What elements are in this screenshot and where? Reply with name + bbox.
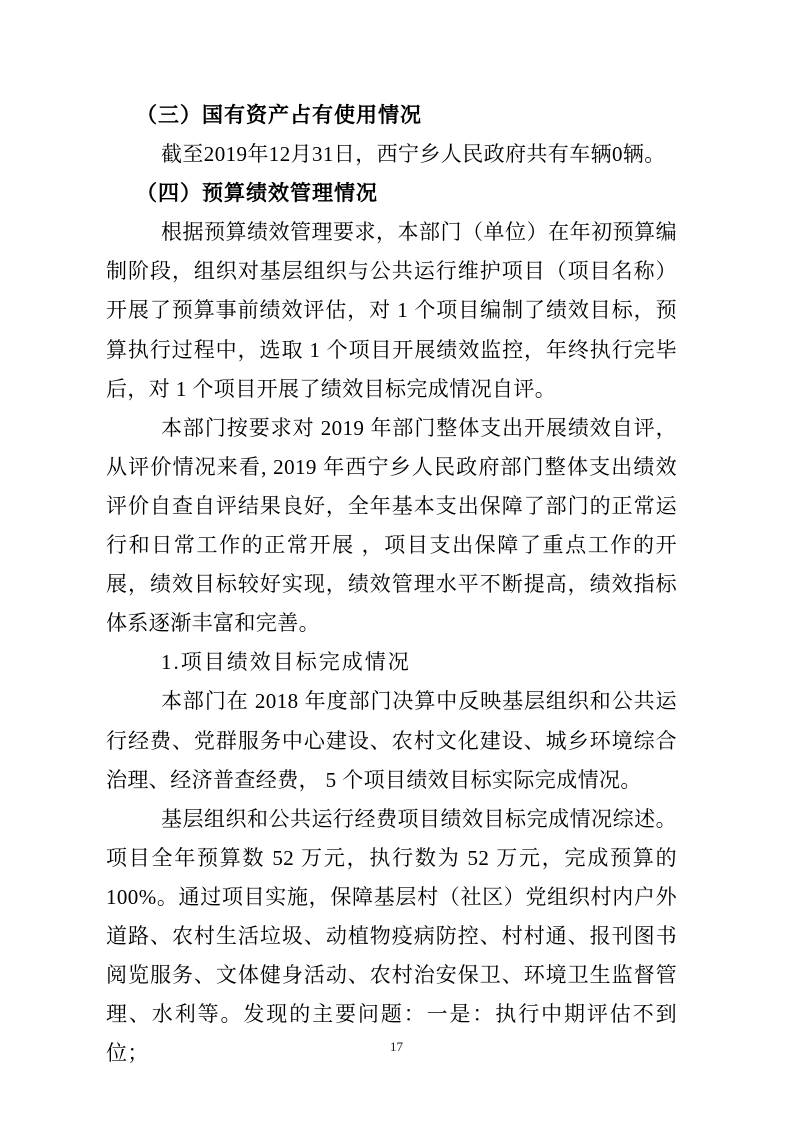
page-footer: 17	[0, 1039, 793, 1055]
page-number: 17	[390, 1039, 403, 1054]
paragraph-project-summary: 基层组织和公共运行经费项目绩效目标完成情况综述。项目全年预算数 52 万元，执行…	[106, 800, 677, 1074]
paragraph-self-evaluation-result: 本部门按要求对 2019 年部门整体支出开展绩效自评，从评价情况来看, 2019…	[106, 409, 677, 644]
paragraph-vehicle-count: 截至2019年12月31日，西宁乡人民政府共有车辆0辆。	[106, 135, 677, 174]
document-body: （三）国有资产占有使用情况 截至2019年12月31日，西宁乡人民政府共有车辆0…	[106, 96, 677, 1073]
subheading-project-goal-completion: 1.项目绩效目标完成情况	[106, 643, 677, 682]
section-heading-budget-performance: （四）预算绩效管理情况	[106, 174, 677, 213]
document-page: （三）国有资产占有使用情况 截至2019年12月31日，西宁乡人民政府共有车辆0…	[0, 0, 793, 1122]
paragraph-project-list: 本部门在 2018 年度部门决算中反映基层组织和公共运行经费、党群服务中心建设、…	[106, 682, 677, 799]
paragraph-performance-management-overview: 根据预算绩效管理要求，本部门（单位）在年初预算编制阶段，组织对基层组织与公共运行…	[106, 213, 677, 408]
section-heading-state-assets: （三）国有资产占有使用情况	[106, 96, 677, 135]
